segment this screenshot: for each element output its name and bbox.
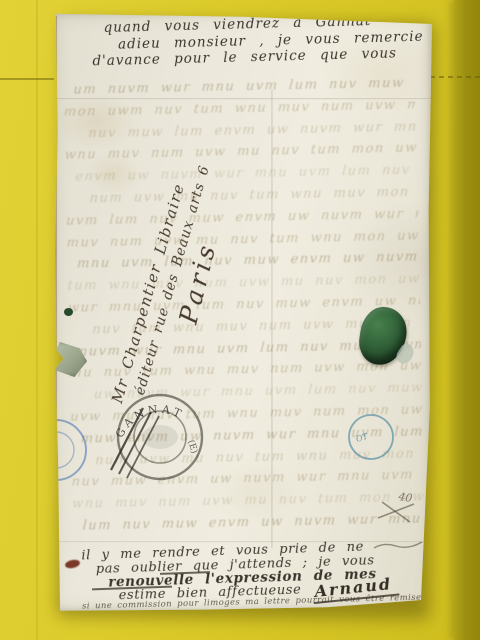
backdrop-crease-line	[36, 0, 38, 640]
backdrop-scratch-line-left	[0, 78, 54, 80]
backdrop-fold-shadow	[454, 0, 480, 640]
ink-blot	[64, 559, 80, 570]
backdrop-scratch-line-right	[430, 76, 480, 78]
paper-edge-shading-left	[55, 16, 57, 608]
postmark-blue-left-partial	[24, 410, 94, 490]
postmark-blue-right-partial: OT	[347, 412, 397, 472]
scribble-number: 40	[397, 490, 414, 505]
letter-paper: um nuvm wur mnu uvm lum nuv muw enm uvmo…	[52, 12, 434, 612]
top-note-handwriting: quand vous viendrez à Gannat adieu monsi…	[91, 12, 428, 70]
photo-backdrop: um nuvm wur mnu uvm lum nuv muw enm uvmo…	[0, 0, 480, 640]
postmark-blue-letters: OT	[355, 431, 370, 443]
pen-hatch-strokes	[107, 402, 167, 484]
postmark-side-text: (E)	[185, 439, 200, 455]
paper-sheet: um nuvm wur mnu uvm lum nuv muw enm uvmo…	[52, 12, 434, 612]
wax-dot-left	[64, 308, 73, 316]
